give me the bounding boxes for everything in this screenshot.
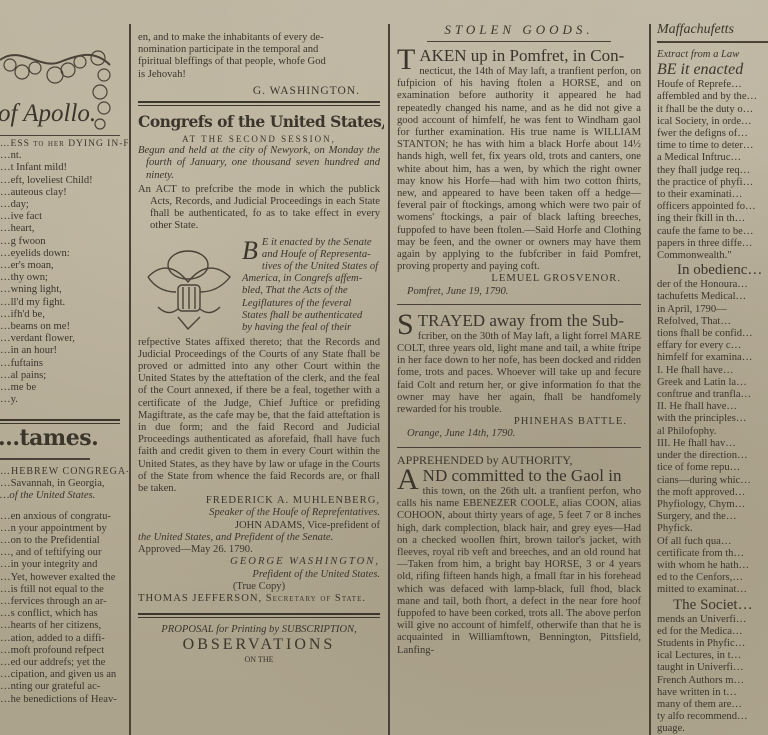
text-line: …me be — [0, 382, 125, 394]
text-line: tachufetts Medical… — [657, 291, 768, 303]
text-line: …moft profound refpect — [0, 645, 125, 657]
approved-date: Approved—May 26. 1790. — [138, 544, 380, 556]
text-line: papers in three diffe… — [657, 238, 768, 250]
text-line: French Authors m… — [657, 675, 768, 687]
column-2: en, and to make the inhabitants of every… — [136, 0, 384, 735]
text-line: Students in Phyfic… — [657, 638, 768, 650]
text-line: …on to the Prefidential — [0, 535, 125, 547]
text-line: …day; — [0, 199, 125, 211]
ad-body: this town, on the 26th ult. a tranfient … — [397, 486, 641, 657]
text-line: with whom he hath… — [657, 560, 768, 572]
ad-strayed: S TRAYED away from the Sub- fcriber, on … — [397, 311, 641, 441]
text-line: …in your integrity and — [0, 559, 125, 571]
text-line: Refolved, That… — [657, 316, 768, 328]
text-line: …verdant flower, — [0, 333, 125, 345]
address-heading-3: …of the United States. — [0, 490, 125, 502]
text-line: the moft approved… — [657, 487, 768, 499]
signature-washington: GEORGE WASHINGTON, — [138, 556, 380, 568]
text-line: …al pains; — [0, 370, 125, 382]
text-line: …wning light, — [0, 284, 125, 296]
text-line: …en anxious of congratu- — [0, 511, 125, 523]
text-line: …ive fact — [0, 211, 125, 223]
text-line: …er's moan, — [0, 260, 125, 272]
intro-signature: G. WASHINGTON. — [138, 85, 360, 97]
massachusetts-heading: Maffachufetts — [657, 22, 768, 38]
text-line: ical Society, in orde… — [657, 116, 768, 128]
congress-title: Congrefs of the United States, — [138, 112, 380, 131]
poem-body: …nt.…t Infant mild!…eft, loveliest Child… — [0, 150, 125, 406]
address-heading-2: …Savannah, in Georgia, — [0, 478, 125, 490]
text-line: to their examinati… — [657, 189, 768, 201]
society-line: The Societ… — [657, 597, 768, 614]
text-line: officers appointed fo… — [657, 201, 768, 213]
ad-lead: ND committed to the Gaol in — [397, 466, 641, 486]
text-line: tions fhall be confid… — [657, 328, 768, 340]
text-line: ical Lectures, in t… — [657, 650, 768, 662]
text-line: ing their fkill in th… — [657, 213, 768, 225]
text-line: tice of fome repu… — [657, 462, 768, 474]
text-line: Phyfiology, Chym… — [657, 499, 768, 511]
resolution-text: der of the Honoura…tachufetts Medical…in… — [657, 279, 768, 596]
text-line: …y. — [0, 394, 125, 406]
title-muhlenberg: Speaker of the Houfe of Reprefentatives. — [138, 507, 380, 519]
session-detail: Begun and held at the city of Newyork, o… — [138, 145, 380, 182]
be-enacted: BE it enacted — [657, 61, 768, 79]
ad-lead: TRAYED away from the Sub- — [397, 311, 641, 331]
signature-muhlenberg: FREDERICK A. MUHLENBERG, — [138, 495, 380, 507]
drop-cap: T — [397, 48, 415, 72]
intro-text: en, and to make the inhabitants of every… — [138, 32, 380, 81]
text-line: …ation, added to a diffi- — [0, 633, 125, 645]
text-line: under the direction… — [657, 450, 768, 462]
drop-cap: S — [397, 313, 414, 337]
text-line: …heart, — [0, 223, 125, 235]
text-line: …t Infant mild! — [0, 162, 125, 174]
text-line: it fhall be the duty o… — [657, 104, 768, 116]
true-copy: (True Copy) — [138, 581, 380, 593]
ad-body: fcriber, on the 30th of May laft, a ligh… — [397, 331, 641, 416]
text-line: …nting our grateful ac- — [0, 681, 125, 693]
text-line: …thy own; — [0, 272, 125, 284]
ad-body: necticut, the 14th of May laft, a tranfi… — [397, 66, 641, 273]
text-line: …eyelids down: — [0, 248, 125, 260]
text-line: nomination participate in the temporal a… — [138, 44, 380, 56]
ad-lead: AKEN up in Pomfret, in Con- — [397, 46, 641, 66]
text-line: …in an hour! — [0, 345, 125, 357]
text-line: affembled and by the… — [657, 91, 768, 103]
society-text: mends an Univerfi…ed for the Medica…Stud… — [657, 614, 768, 735]
text-line: fwer the defigns of… — [657, 128, 768, 140]
text-line: der of the Honoura… — [657, 279, 768, 291]
text-line: …nt. — [0, 150, 125, 162]
ad-heading: APPREHENDED by AUTHORITY, — [397, 454, 641, 466]
text-line: …g fwoon — [0, 236, 125, 248]
text-line: Of all fuch qua… — [657, 536, 768, 548]
extract-line: Extract from a Law — [657, 49, 768, 61]
column-4: Maffachufetts Extract from a Law BE it e… — [655, 0, 768, 735]
column-rule — [388, 24, 390, 735]
text-line: ed to the Cenfors,… — [657, 572, 768, 584]
text-line: en, and to make the inhabitants of every… — [138, 32, 380, 44]
text-line: …ed our addrefs; yet the — [0, 657, 125, 669]
text-line: with the principles… — [657, 413, 768, 425]
column-1: of Apollo. …ESS to her DYING IN-FANT. …n… — [0, 0, 128, 735]
text-line: …auteous clay! — [0, 187, 125, 199]
text-line: …n your appointment by — [0, 523, 125, 535]
ad-signature: PHINEHAS BATTLE. — [397, 416, 627, 428]
on-the: ON THE — [138, 654, 380, 666]
text-line: the practice of phyfi… — [657, 177, 768, 189]
text-line: have written in t… — [657, 687, 768, 699]
text-line: III. He fhall hav… — [657, 438, 768, 450]
act-body: refpective States affixed thereto; that … — [138, 337, 380, 496]
ad-taken-up: T AKEN up in Pomfret, in Con- necticut, … — [397, 46, 641, 298]
text-line: …, and of teftifying our — [0, 547, 125, 559]
signature-jefferson: THOMAS JEFFERSON, Secretary of State. — [138, 593, 380, 605]
vine-garland-ornament-icon — [0, 40, 128, 150]
address-body: …en anxious of congratu-…n your appointm… — [0, 511, 125, 706]
text-line: …fuftains — [0, 358, 125, 370]
text-line: ty alfo recommend… — [657, 711, 768, 723]
text-line: …hearts of her citizens, — [0, 620, 125, 632]
text-line: Phyfick. — [657, 523, 768, 535]
text-line: they fhall judge req… — [657, 165, 768, 177]
column-rule — [649, 24, 651, 735]
text-line: cians—during whic… — [657, 475, 768, 487]
text-line: …cipation, and given us an — [0, 669, 125, 681]
text-line: …is ftill not equal to the — [0, 584, 125, 596]
text-line: I. He fhall have… — [657, 365, 768, 377]
ad-signature: LEMUEL GROSVENOR. — [397, 273, 621, 285]
eagle-seal-icon — [138, 237, 238, 337]
text-line: Surgery, and the… — [657, 511, 768, 523]
text-line: a Medical Inftruc… — [657, 152, 768, 164]
text-line: …eft, loveliest Child! — [0, 175, 125, 187]
text-line: mitted to examinat… — [657, 584, 768, 596]
text-line: guage. — [657, 723, 768, 735]
text-line: certificate from th… — [657, 548, 768, 560]
signature-adams: JOHN ADAMS, Vice-prefident of — [138, 520, 380, 532]
text-line: …Yet, however exalted the — [0, 572, 125, 584]
text-line: Commonwealth." — [657, 250, 768, 262]
title-adams: the United States, and Prefident of the … — [138, 532, 380, 544]
poem-title: of Apollo. — [0, 100, 96, 128]
text-line: al Philofophy. — [657, 426, 768, 438]
text-line: ed for the Medica… — [657, 626, 768, 638]
text-line: caufe the fame to be… — [657, 226, 768, 238]
observations-title: OBSERVATIONS — [138, 636, 380, 654]
poem-heading: …ESS to her DYING IN-FANT. — [0, 138, 125, 150]
drop-cap-b: B — [242, 239, 258, 263]
text-line: time to time to deter… — [657, 140, 768, 152]
double-rule — [138, 613, 380, 618]
act-title: An ACT to prefcribe the mode in which th… — [138, 184, 380, 233]
text-line: …s conflict, which has — [0, 608, 125, 620]
ad-dateline: Orange, June 14th, 1790. — [397, 428, 641, 440]
stolen-goods-heading: STOLEN GOODS. — [397, 22, 641, 38]
session-label: AT THE SECOND SESSION, — [138, 133, 380, 145]
double-rule — [138, 101, 380, 106]
text-line: taught in Univerfi… — [657, 662, 768, 674]
text-line: fpiritual bleffings of that people, whof… — [138, 56, 380, 68]
text-line: mends an Univerfi… — [657, 614, 768, 626]
text-line: in April, 1790— — [657, 304, 768, 316]
text-line: himfelf for examina… — [657, 352, 768, 364]
text-line: …beams on me! — [0, 321, 125, 333]
column-rule — [129, 24, 131, 735]
proposal-heading: PROPOSAL for Printing by SUBSCRIPTION, — [138, 624, 380, 636]
title-washington: Prefident of the United States. — [138, 569, 380, 581]
text-line: Houfe of Reprefe… — [657, 79, 768, 91]
text-line: II. He fhall have… — [657, 401, 768, 413]
text-line: …fervices through an ar- — [0, 596, 125, 608]
text-line: …he benedictions of Heav- — [0, 694, 125, 706]
text-line: effary for every c… — [657, 340, 768, 352]
drop-cap: A — [397, 468, 419, 492]
column-3: STOLEN GOODS. T AKEN up in Pomfret, in C… — [395, 0, 645, 735]
obedience-line: In obedienc… — [657, 262, 768, 279]
ad-dateline: Pomfret, June 19, 1790. — [397, 286, 641, 298]
text-line: many of them are… — [657, 699, 768, 711]
text-line: Greek and Latin la… — [657, 377, 768, 389]
law-extract: Houfe of Reprefe…affembled and by the…it… — [657, 79, 768, 262]
text-line: conftrue and tranfla… — [657, 389, 768, 401]
ad-apprehended: APPREHENDED by AUTHORITY, A ND committed… — [397, 454, 641, 657]
address-heading: …HEBREW CONGREGA- — [0, 466, 125, 478]
text-line: is Jehovah! — [138, 69, 380, 81]
section-title: …tames. — [0, 425, 98, 451]
text-line: …ifh'd be, — [0, 309, 125, 321]
text-line: …ll'd my fight. — [0, 297, 125, 309]
